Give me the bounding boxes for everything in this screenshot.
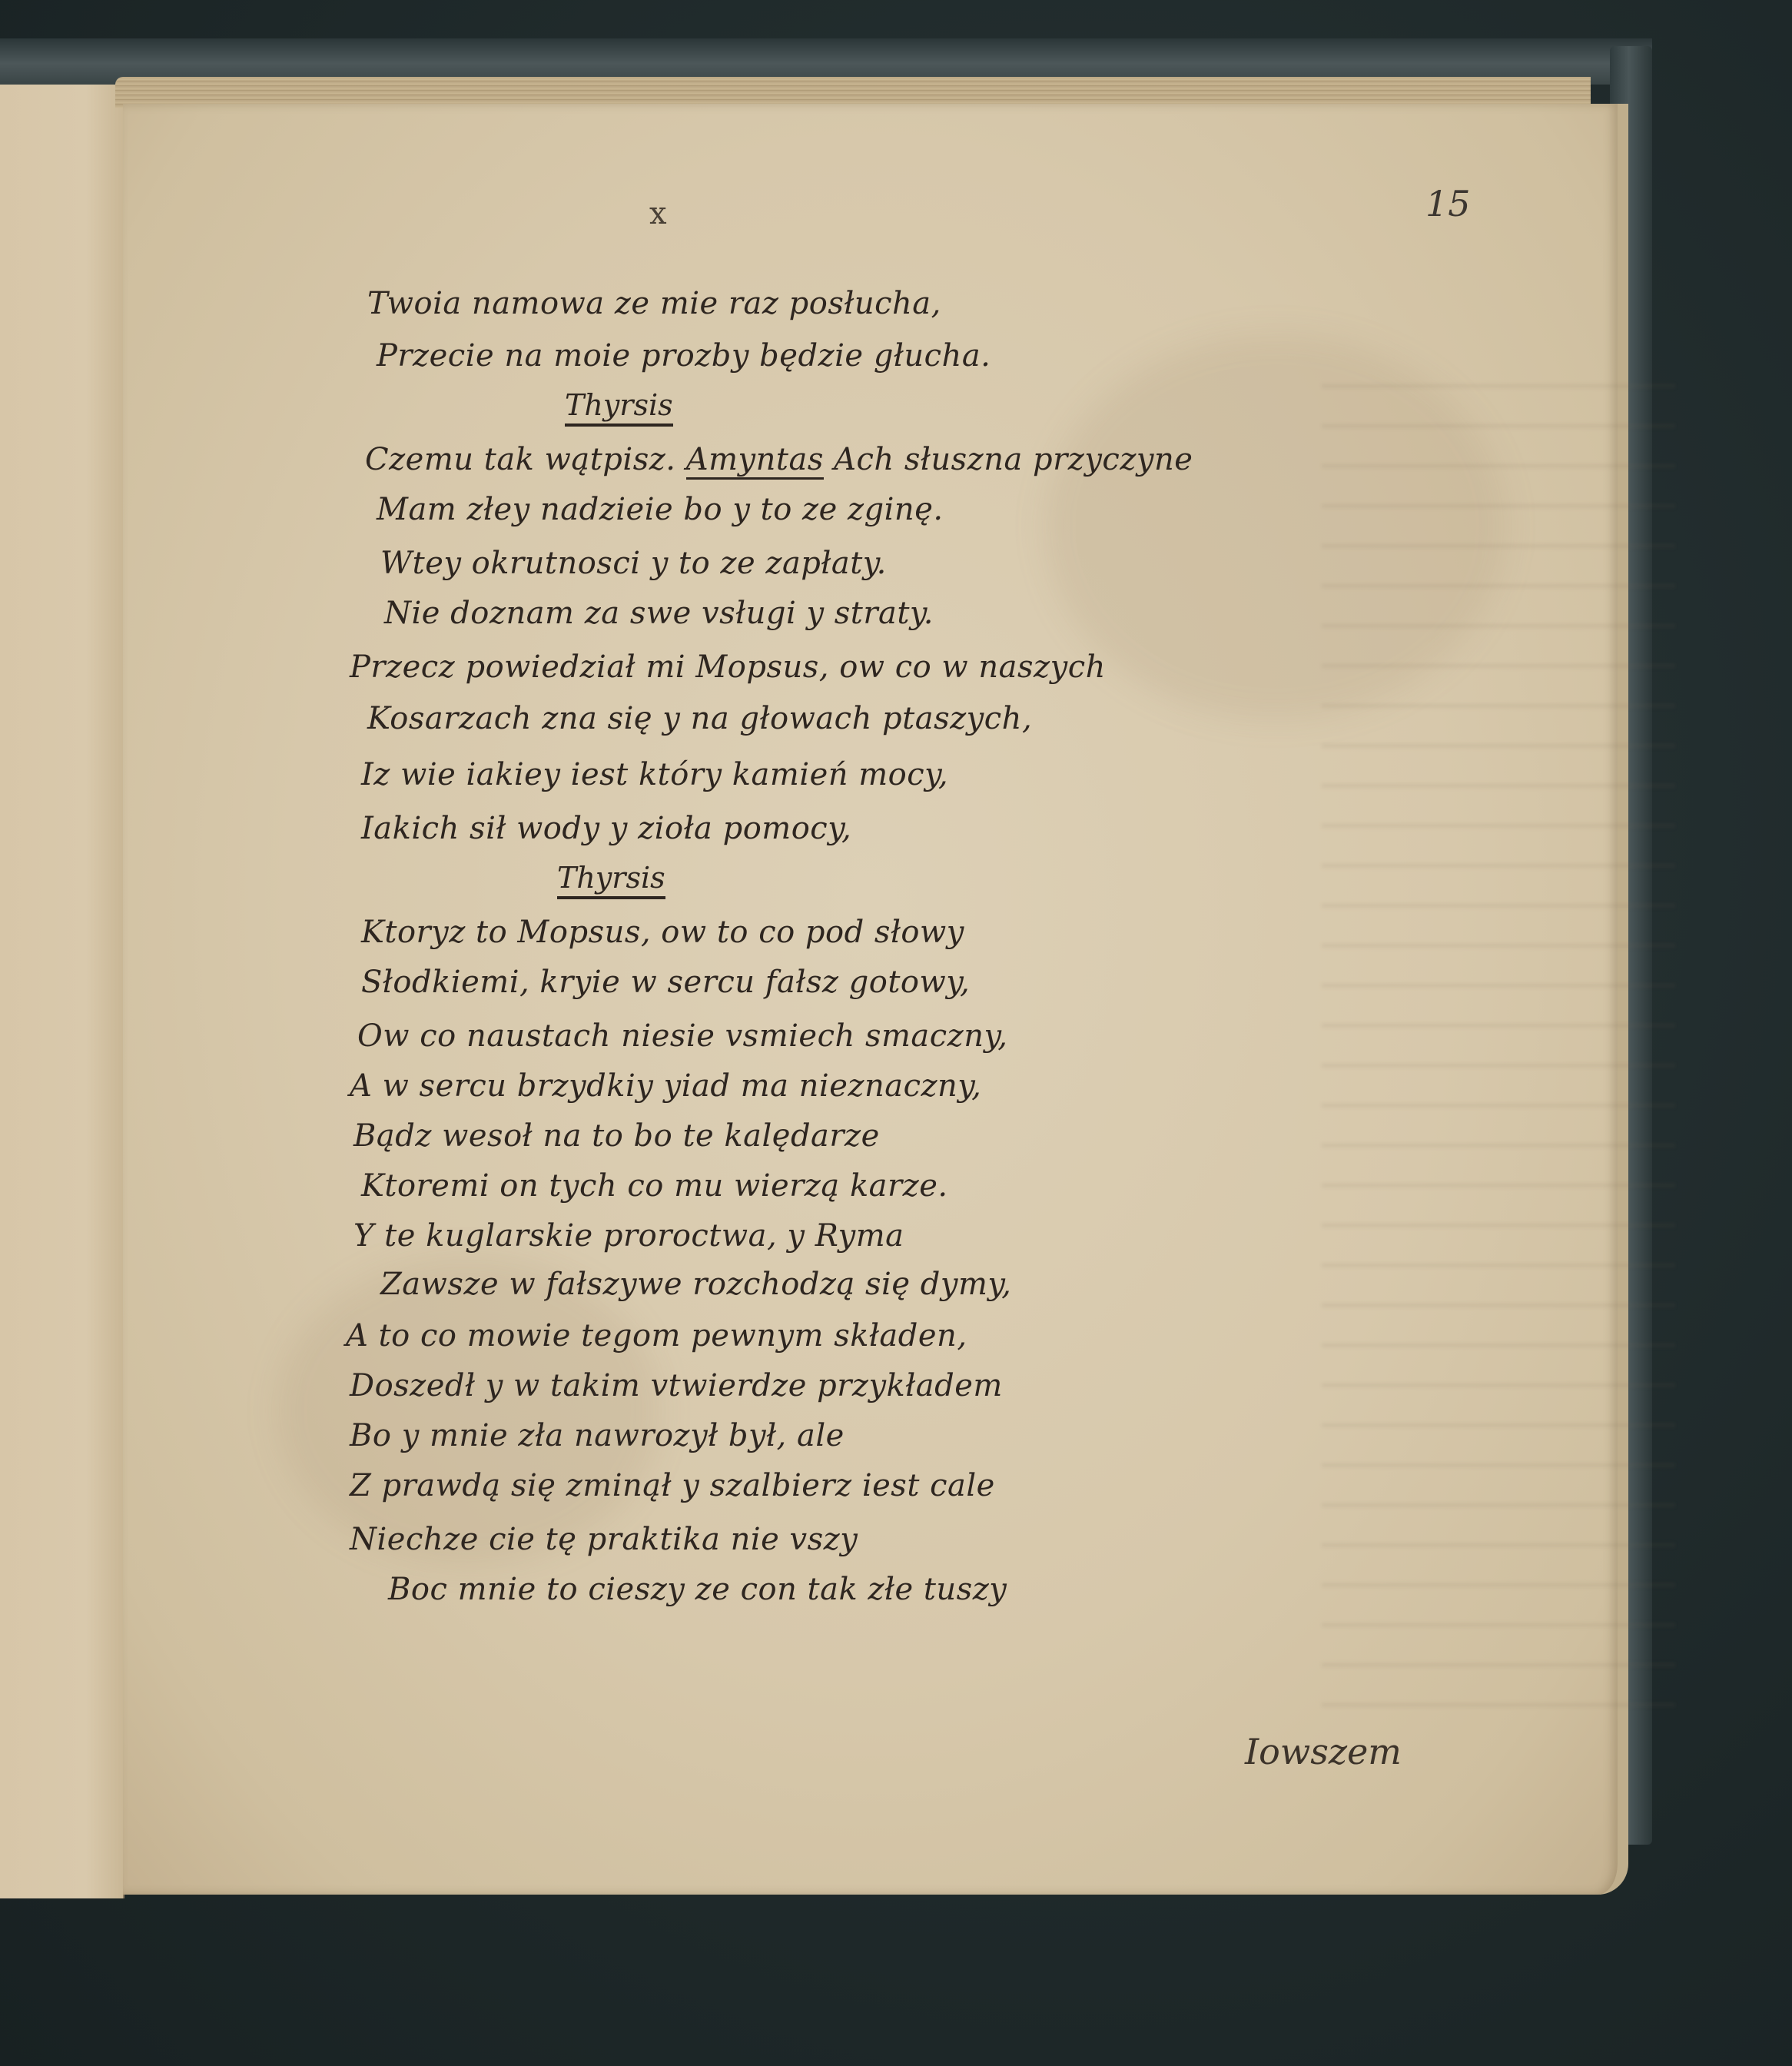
inline-speaker: Amyntas xyxy=(686,442,824,480)
verse-line: Przecz powiedział mi Mopsus, ow co w nas… xyxy=(350,649,1106,685)
verse-line: Bo y mnie zła nawrozył był, ale xyxy=(350,1418,845,1453)
verse-line: Niechze cie tę praktika nie vszy xyxy=(350,1522,858,1557)
verse-line: A w sercu brzydkiy yiad ma nieznaczny, xyxy=(350,1068,981,1104)
verse-line: Mam złey nadzieie bo y to ze zginę. xyxy=(377,492,944,527)
verse-line: Słodkiemi, kryie w sercu fałsz gotowy, xyxy=(361,965,970,1000)
catchword: Iowszem xyxy=(1245,1731,1402,1772)
verse-line: Twoia namowa ze mie raz posłucha, xyxy=(367,286,941,321)
verse-line: Ow co naustach niesie vsmiech smaczny, xyxy=(357,1018,1008,1054)
paper-stain xyxy=(277,1257,661,1564)
facing-page-edge xyxy=(0,85,124,1898)
verse-line: Wtey okrutnosci y to ze zapłaty. xyxy=(380,546,887,581)
verse-line: Z prawdą się zminął y szalbierz iest cal… xyxy=(350,1468,995,1503)
verse-line: Iz wie iakiey iest który kamień mocy, xyxy=(361,757,948,792)
verse-line: Y te kuglarskie proroctwa, y Ryma xyxy=(353,1218,904,1254)
page-stack-edge xyxy=(115,77,1591,108)
verse-line: Zawsze w fałszywe rozchodzą się dymy, xyxy=(380,1267,1011,1302)
speaker-heading: Thyrsis xyxy=(565,388,673,427)
verse-line: Czemu tak wątpisz. Amyntas Ach słuszna p… xyxy=(365,442,1193,477)
top-mark: x xyxy=(649,196,667,231)
ink-bleed-through xyxy=(1322,350,1675,1733)
verse-line: Boc mnie to cieszy ze con tak złe tuszy xyxy=(388,1572,1007,1607)
verse-text: Czemu tak wątpisz. xyxy=(365,442,676,477)
verse-line: A to co mowie tegom pewnym składen, xyxy=(346,1318,967,1354)
verse-line: Przecie na moie prozby będzie głucha. xyxy=(377,338,991,374)
folio-number: 15 xyxy=(1425,183,1471,224)
verse-line: Ktoremi on tych co mu wierzą karze. xyxy=(361,1168,948,1204)
verse-line: Nie doznam za swe vsługi y straty. xyxy=(384,596,934,631)
verse-line: Kosarzach zna się y na głowach ptaszych, xyxy=(367,701,1032,736)
verse-line: Ktoryz to Mopsus, ow to co pod słowy xyxy=(361,915,964,950)
verse-line: Bądz wesoł na to bo te kalędarze xyxy=(353,1118,880,1154)
verse-text: Ach słuszna przyczyne xyxy=(834,442,1193,477)
verse-line: Iakich sił wody y zioła pomocy, xyxy=(361,811,851,846)
verse-line: Doszedł y w takim vtwierdze przykładem xyxy=(350,1368,1003,1403)
speaker-heading: Thyrsis xyxy=(557,861,665,899)
